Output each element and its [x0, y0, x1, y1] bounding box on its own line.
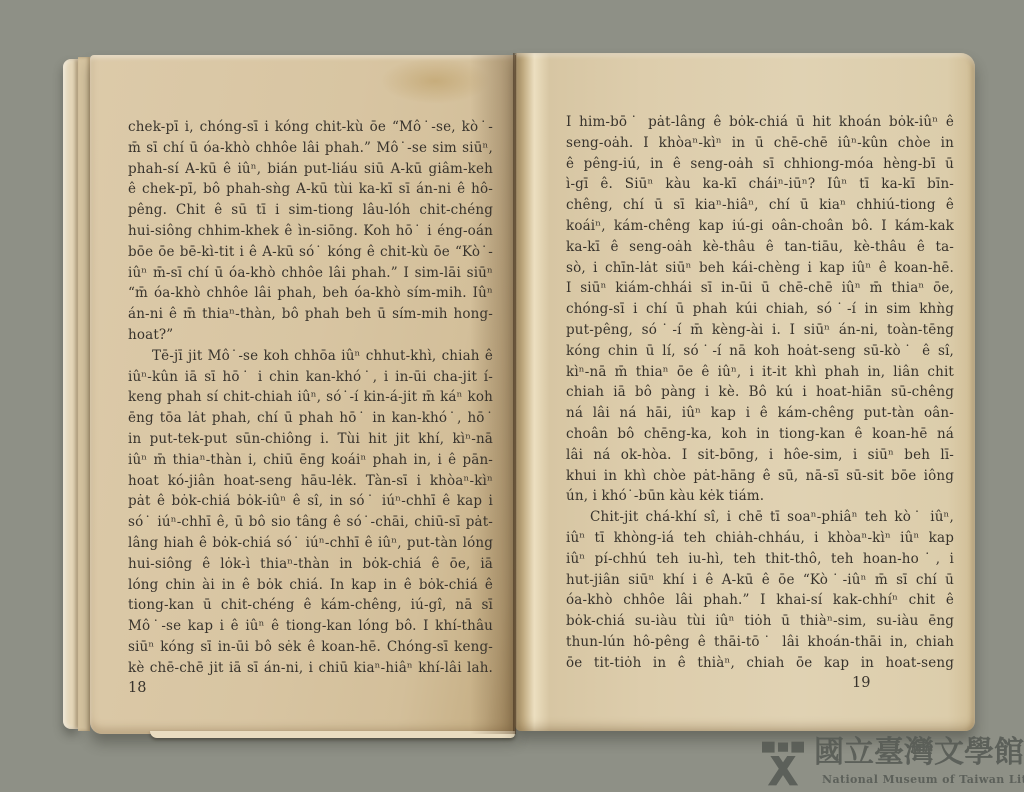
text-line: ná lâi ná hāi, iûⁿ kap i ê kám-chêng put… [566, 403, 954, 424]
text-line: Tē-jī jit Mô˙-se koh chhōa iûⁿ chhut-khì… [128, 346, 493, 367]
text-line: hoat?” [128, 325, 493, 346]
text-line: lâng hiah ê bȯk-chiá só˙ iúⁿ-chhī ê iûⁿ,… [128, 533, 493, 554]
text-line: seng-oȧh. I khòaⁿ-kìⁿ in ū chē-chē iûⁿ-k… [566, 133, 954, 154]
text-line: siūⁿ kóng sī in-ūi bô sėk ê koan-hē. Chó… [128, 637, 493, 658]
text-line: I him-bō˙ pȧt-lâng ê bȯk-chiá ū hit khoá… [566, 112, 954, 133]
text-line: m̄ sī chí ū óa-khò chhôe lâi phah.” Mô˙-… [128, 138, 493, 159]
text-line: ún, i khó˙-būn kàu kėk tiám. [566, 486, 954, 507]
paper-stain [380, 58, 490, 104]
watermark: 國立臺灣文學館 National Museum of Taiwan Litera… [756, 737, 1024, 792]
text-line: “m̄ óa-khò chhôe lâi phah, beh óa-khò sí… [128, 283, 493, 304]
text-line: ēng tōa lȧt phah, chí ū phah hō˙ in kan-… [128, 408, 493, 429]
text-line: iûⁿ pí-chhú teh iu-hì, teh thit-thô, teh… [566, 549, 954, 570]
text-line: khui in khì chòe pȧt-hāng ê sū, nā-sī sū… [566, 466, 954, 487]
page-edge-stack [78, 57, 90, 731]
watermark-latin-subtitle: National Museum of Taiwan Literature [822, 773, 1024, 786]
page-number-left: 18 [128, 680, 146, 696]
text-line: hui-siông chhim-khek ê ìn-siōng. Koh hō˙… [128, 221, 493, 242]
text-line: chóng-sī i chí ū phah kúi chiah, só˙-í i… [566, 299, 954, 320]
text-line: ì-gī ê. Siūⁿ kàu ka-kī cháiⁿ-iūⁿ? Iûⁿ tī… [566, 174, 954, 195]
text-line: sò, i chīn-lȧt siūⁿ beh kái-chèng i kap … [566, 258, 954, 279]
text-line: thun-lún hô-pêng ê thāi-tō˙ lâi khoán-th… [566, 632, 954, 653]
text-line: tiong-kan ū chit-chéng ê kám-chêng, iú-g… [128, 595, 493, 616]
page-text-right: I him-bō˙ pȧt-lâng ê bȯk-chiá ū hit khoá… [566, 112, 954, 674]
text-line: bȯk-chiá su-iàu tùi iûⁿ tiȯh ū thiàⁿ-sim… [566, 611, 954, 632]
text-line: lâi ná ok-hòa. I sit-bōng, i hôe-sim, i … [566, 445, 954, 466]
text-line: iûⁿ m̄ thiaⁿ-thàn i, chiū ēng koáiⁿ phah… [128, 450, 493, 471]
text-line: Chit-jit chá-khí sî, i chē tī soaⁿ-phiâⁿ… [566, 507, 954, 528]
text-line: kóng chin ū lí, só˙-í nā koh hoȧt-seng s… [566, 341, 954, 362]
text-line: ê pêng-iú, in ê seng-oȧh sī chhiong-móa … [566, 154, 954, 175]
text-line: óa-khò chhôe lâi phah.” I khai-sí kak-ch… [566, 590, 954, 611]
text-line: phah-sí A-kū ê iûⁿ, bián put-liáu siū A-… [128, 159, 493, 180]
text-line: koáiⁿ, kám-chêng kap iú-gi oân-choân bô.… [566, 216, 954, 237]
spine-crease [513, 53, 517, 731]
text-line: Mô˙-se kap i ê iûⁿ ê tiong-kan lóng bô. … [128, 616, 493, 637]
text-line: só˙ iúⁿ-chhī ê, ū bô sio tâng ê só˙-chāi… [128, 512, 493, 533]
text-line: ka-kī ê seng-oȧh kè-thâu ê tan-tiāu, kè-… [566, 237, 954, 258]
text-line: lóng chin ài in ê bȯk chiá. In kap in ê … [128, 575, 493, 596]
text-line: in put-tek-put sūn-chiông i. Tùi hit jit… [128, 429, 493, 450]
text-line: ōe tit-tiȯh in ê thiàⁿ, chiah ōe kap in … [566, 653, 954, 674]
page-text-left: chek-pī i, chóng-sī i kóng chit-kù ōe “M… [128, 117, 493, 679]
page-number-right: 19 [852, 675, 870, 691]
text-line: I siūⁿ kiám-chhái sī in-ūi ū chē-chē iûⁿ… [566, 278, 954, 299]
text-line: kè chē-chē jit iā sī án-ni, i chiū kiaⁿ-… [128, 658, 493, 679]
text-line: pêng. Chit ê sū tī i sim-tiong lâu-lóh c… [128, 200, 493, 221]
nmtl-logo-icon [762, 740, 804, 787]
text-line: ê chek-pī, bô phah-sǹg A-kū tùi ka-kī sī… [128, 179, 493, 200]
page-edge-stack [63, 59, 78, 729]
text-line: kìⁿ-nā m̄ thiaⁿ ōe ê iûⁿ, i it-it khì ph… [566, 362, 954, 383]
text-line: hut-jiân siūⁿ khí i ê A-kū ê ōe “Kò˙-iûⁿ… [566, 570, 954, 591]
text-line: chiah iā bô pàng i kè. Bô kú i hoat-hiān… [566, 382, 954, 403]
watermark-cjk-title: 國立臺灣文學館 [814, 737, 1024, 769]
text-line: put-pêng, só˙-í m̄ kèng-ài i. I siūⁿ án-… [566, 320, 954, 341]
text-line: iûⁿ-kûn iā sī hō˙ i chin kan-khó˙, i in-… [128, 367, 493, 388]
text-line: hui-siông ê lȯk-ì thiaⁿ-thàn in bȯk-chiá… [128, 554, 493, 575]
text-line: keng phah sí chit-chiah iûⁿ, só˙-í kin-á… [128, 387, 493, 408]
text-line: bōe ōe bē-kì-tit i ê A-kū só˙ kóng ê chi… [128, 242, 493, 263]
text-line: hoat kó-jiân hoat-seng hāu-lėk. Tàn-sī i… [128, 471, 493, 492]
text-line: chêng, chí ū sī kiaⁿ-hiâⁿ, chí ū kiaⁿ ch… [566, 195, 954, 216]
text-line: chek-pī i, chóng-sī i kóng chit-kù ōe “M… [128, 117, 493, 138]
text-line: iûⁿ tī khòng-iá teh chiȧh-chháu, i khòaⁿ… [566, 528, 954, 549]
text-line: pȧt ê bȯk-chiá bȯk-iûⁿ ê sî, in só˙ iúⁿ-… [128, 491, 493, 512]
text-line: án-ni ê m̄ thiaⁿ-thàn, bô phah beh ū sím… [128, 304, 493, 325]
text-line: choân bô chēng-ka, koh in tiong-kan ê ko… [566, 424, 954, 445]
text-line: iûⁿ m̄-sī chí ū óa-khò chhôe lâi phah.” … [128, 263, 493, 284]
